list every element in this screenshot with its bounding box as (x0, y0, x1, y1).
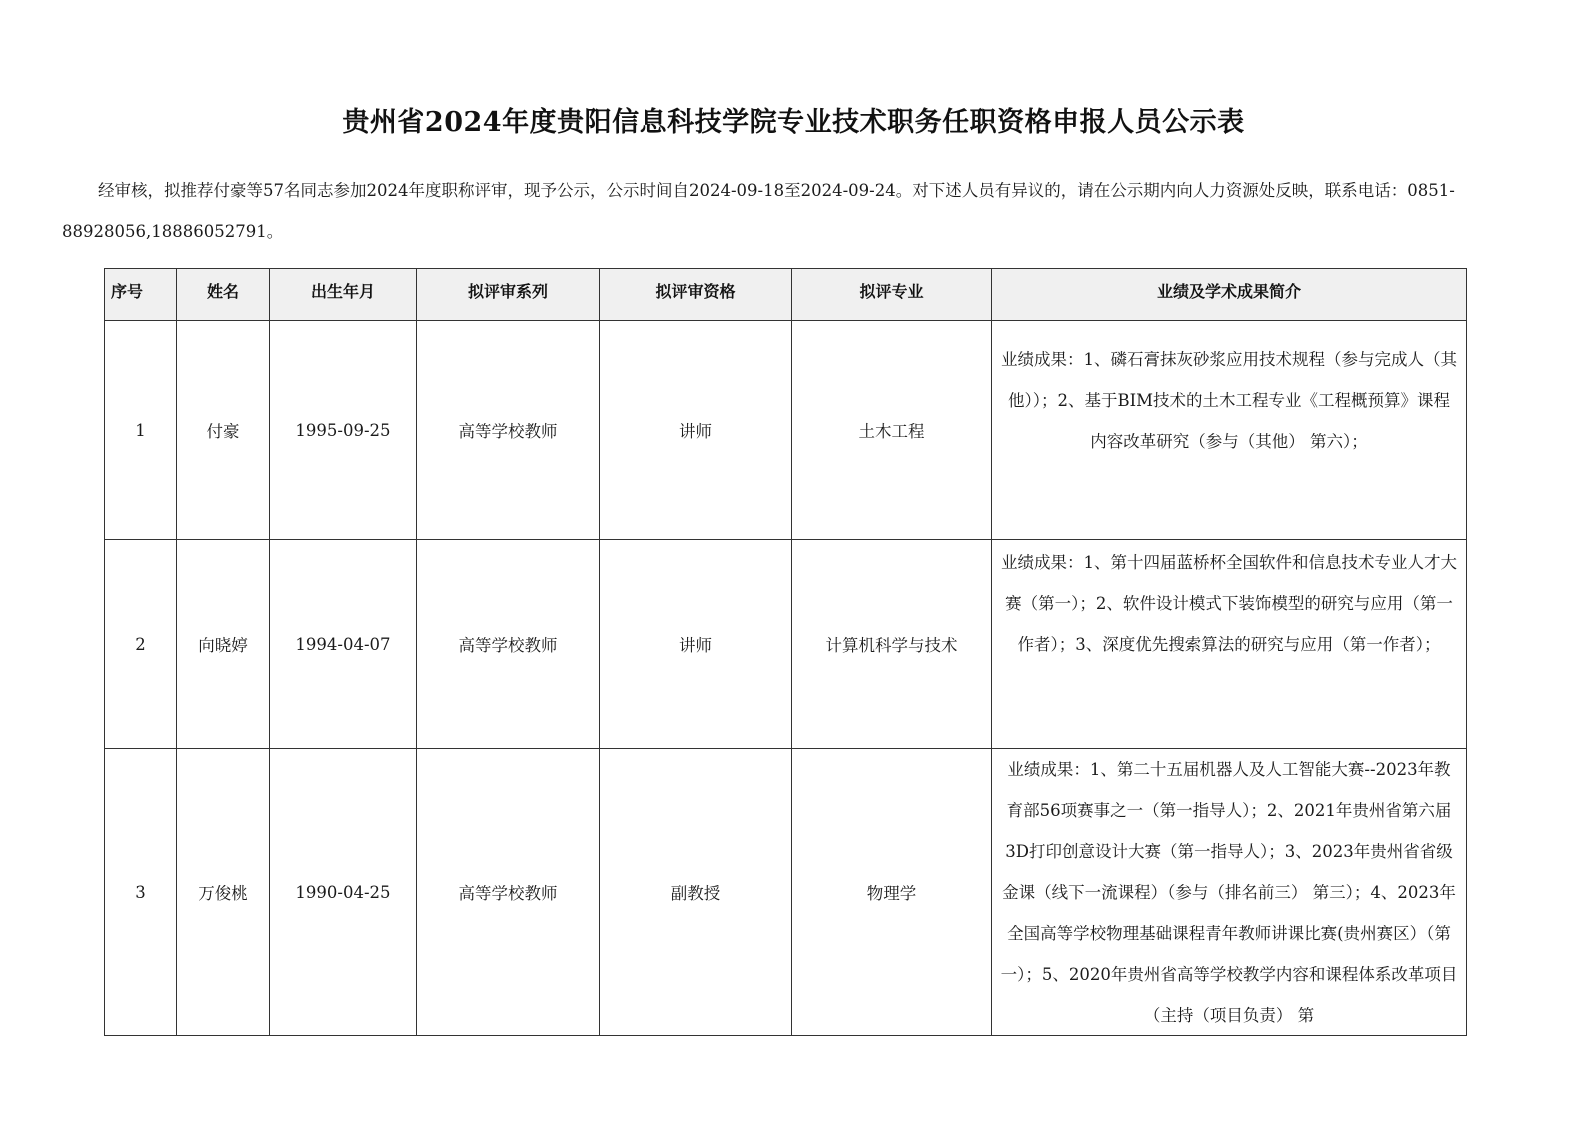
table-row: 2 向晓婷 1994-04-07 高等学校教师 讲师 计算机科学与技术 业绩成果… (105, 540, 1467, 749)
cell-seq: 2 (105, 540, 177, 749)
header-major: 拟评专业 (792, 269, 992, 321)
header-summary: 业绩及学术成果简介 (992, 269, 1467, 321)
cell-series: 高等学校教师 (417, 321, 600, 540)
table-row: 3 万俊桃 1990-04-25 高等学校教师 副教授 物理学 业绩成果：1、第… (105, 749, 1467, 1036)
cell-name: 付豪 (177, 321, 270, 540)
cell-summary-container: 业绩成果：1、第二十五届机器人及人工智能大赛--2023年教育部56项赛事之一（… (992, 749, 1467, 1036)
cell-series: 高等学校教师 (417, 540, 600, 749)
table-header-row: 序号 姓名 出生年月 拟评审系列 拟评审资格 拟评专业 业绩及学术成果简介 (105, 269, 1467, 321)
cell-summary: 业绩成果：1、第十四届蓝桥杯全国软件和信息技术专业人才大赛（第一）；2、软件设计… (992, 540, 1467, 749)
cell-series: 高等学校教师 (417, 749, 600, 1036)
table-row: 1 付豪 1995-09-25 高等学校教师 讲师 土木工程 业绩成果：1、磷石… (105, 321, 1467, 540)
cell-name: 向晓婷 (177, 540, 270, 749)
cell-major: 物理学 (792, 749, 992, 1036)
cell-major: 土木工程 (792, 321, 992, 540)
header-name: 姓名 (177, 269, 270, 321)
cell-birth: 1995-09-25 (270, 321, 417, 540)
applicant-table: 序号 姓名 出生年月 拟评审系列 拟评审资格 拟评专业 业绩及学术成果简介 1 … (104, 268, 1467, 1036)
cell-name: 万俊桃 (177, 749, 270, 1036)
intro-paragraph: 经审核，拟推荐付豪等57名同志参加2024年度职称评审，现予公示，公示时间自20… (62, 170, 1522, 252)
header-series: 拟评审系列 (417, 269, 600, 321)
cell-qualification: 副教授 (600, 749, 792, 1036)
cell-seq: 3 (105, 749, 177, 1036)
cell-summary: 业绩成果：1、磷石膏抹灰砂浆应用技术规程（参与完成人（其他））；2、基于BIM技… (992, 321, 1467, 540)
cell-birth: 1994-04-07 (270, 540, 417, 749)
header-seq: 序号 (105, 269, 177, 321)
header-birth: 出生年月 (270, 269, 417, 321)
cell-qualification: 讲师 (600, 540, 792, 749)
header-qualification: 拟评审资格 (600, 269, 792, 321)
cell-summary: 业绩成果：1、第二十五届机器人及人工智能大赛--2023年教育部56项赛事之一（… (1000, 749, 1458, 1033)
page-title: 贵州省2024年度贵阳信息科技学院专业技术职务任职资格申报人员公示表 (0, 100, 1587, 139)
cell-qualification: 讲师 (600, 321, 792, 540)
cell-seq: 1 (105, 321, 177, 540)
cell-birth: 1990-04-25 (270, 749, 417, 1036)
cell-major: 计算机科学与技术 (792, 540, 992, 749)
